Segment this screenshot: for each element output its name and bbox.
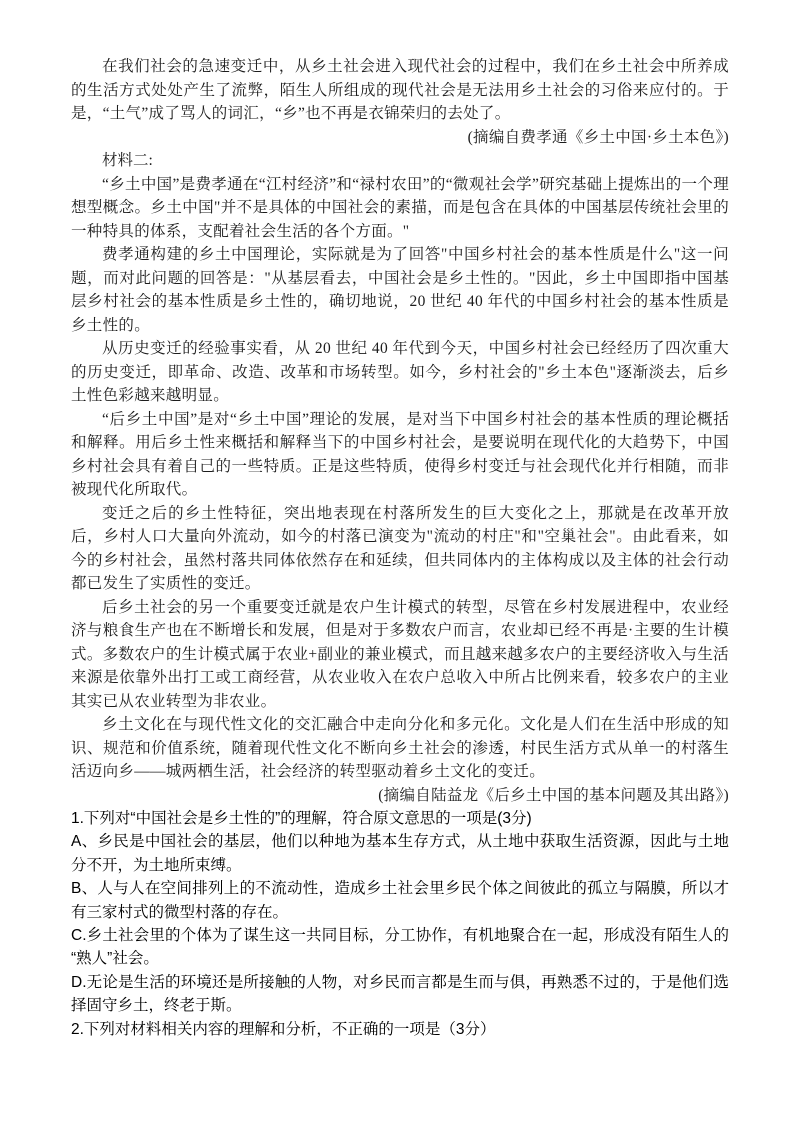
material2-paragraph-5: 变迁之后的乡土性特征，突出地表现在村落所发生的巨大变化之上，那就是在改革开放后，… — [71, 502, 729, 596]
material2-paragraph-6: 后乡土社会的另一个重要变迁就是农户生计模式的转型，尽管在乡村发展进程中，农业经济… — [71, 596, 729, 714]
material1-paragraph: 在我们社会的急速变迁中，从乡土社会进入现代社会的过程中，我们在乡土社会中所养成的… — [71, 55, 729, 126]
question-1-option-d: D.无论是生活的环境还是所接触的人物，对乡民而言都是生而与俱，再熟悉不过的，于是… — [71, 971, 729, 1018]
material2-paragraph-7: 乡土文化在与现代性文化的交汇融合中走向分化和多元化。文化是人们在生活中形成的知识… — [71, 713, 729, 784]
questions-section: 1.下列对“中国社会是乡土性的”的理解，符合原文意思的一项是(3分) A、乡民是… — [71, 807, 729, 1041]
material2-paragraph-4: “后乡土中国”是对“乡土中国”理论的发展，是对当下中国乡村社会的基本性质的理论概… — [71, 408, 729, 502]
material2-paragraph-3: 从历史变迁的经验事实看，从 20 世纪 40 年代到今天，中国乡村社会已经经历了… — [71, 337, 729, 408]
material2-paragraph-2: 费孝通构建的乡土中国理论，实际就是为了回答"中国乡村社会的基本性质是什么"这一问… — [71, 243, 729, 337]
material2-heading: 材料二: — [71, 149, 729, 173]
question-1-option-c: C.乡土社会里的个体为了谋生这一共同目标，分工协作，有机地聚合在一起，形成没有陌… — [71, 924, 729, 971]
material1-attribution: (摘编自费孝通《乡土中国·乡土本色》) — [71, 126, 729, 150]
question-2: 2.下列对材料相关内容的理解和分析，不正确的一项是（3分） — [71, 1018, 729, 1041]
question-1-option-b: B、人与人在空间排列上的不流动性，造成乡土社会里乡民个体之间彼此的孤立与隔膜，所… — [71, 877, 729, 924]
page-content: 在我们社会的急速变迁中，从乡土社会进入现代社会的过程中，我们在乡土社会中所养成的… — [71, 55, 729, 1041]
material2-attribution: (摘编自陆益龙《后乡土中国的基本问题及其出路》) — [71, 784, 729, 808]
question-1-option-a: A、乡民是中国社会的基层，他们以种地为基本生存方式，从土地中获取生活资源，因此与… — [71, 830, 729, 877]
exam-document-page: 在我们社会的急速变迁中，从乡土社会进入现代社会的过程中，我们在乡土社会中所养成的… — [0, 0, 794, 1123]
question-1: 1.下列对“中国社会是乡土性的”的理解，符合原文意思的一项是(3分) — [71, 807, 729, 830]
material2-paragraph-1: “乡土中国”是费孝通在“江村经济”和“禄村农田”的“微观社会学”研究基础上提炼出… — [71, 173, 729, 244]
